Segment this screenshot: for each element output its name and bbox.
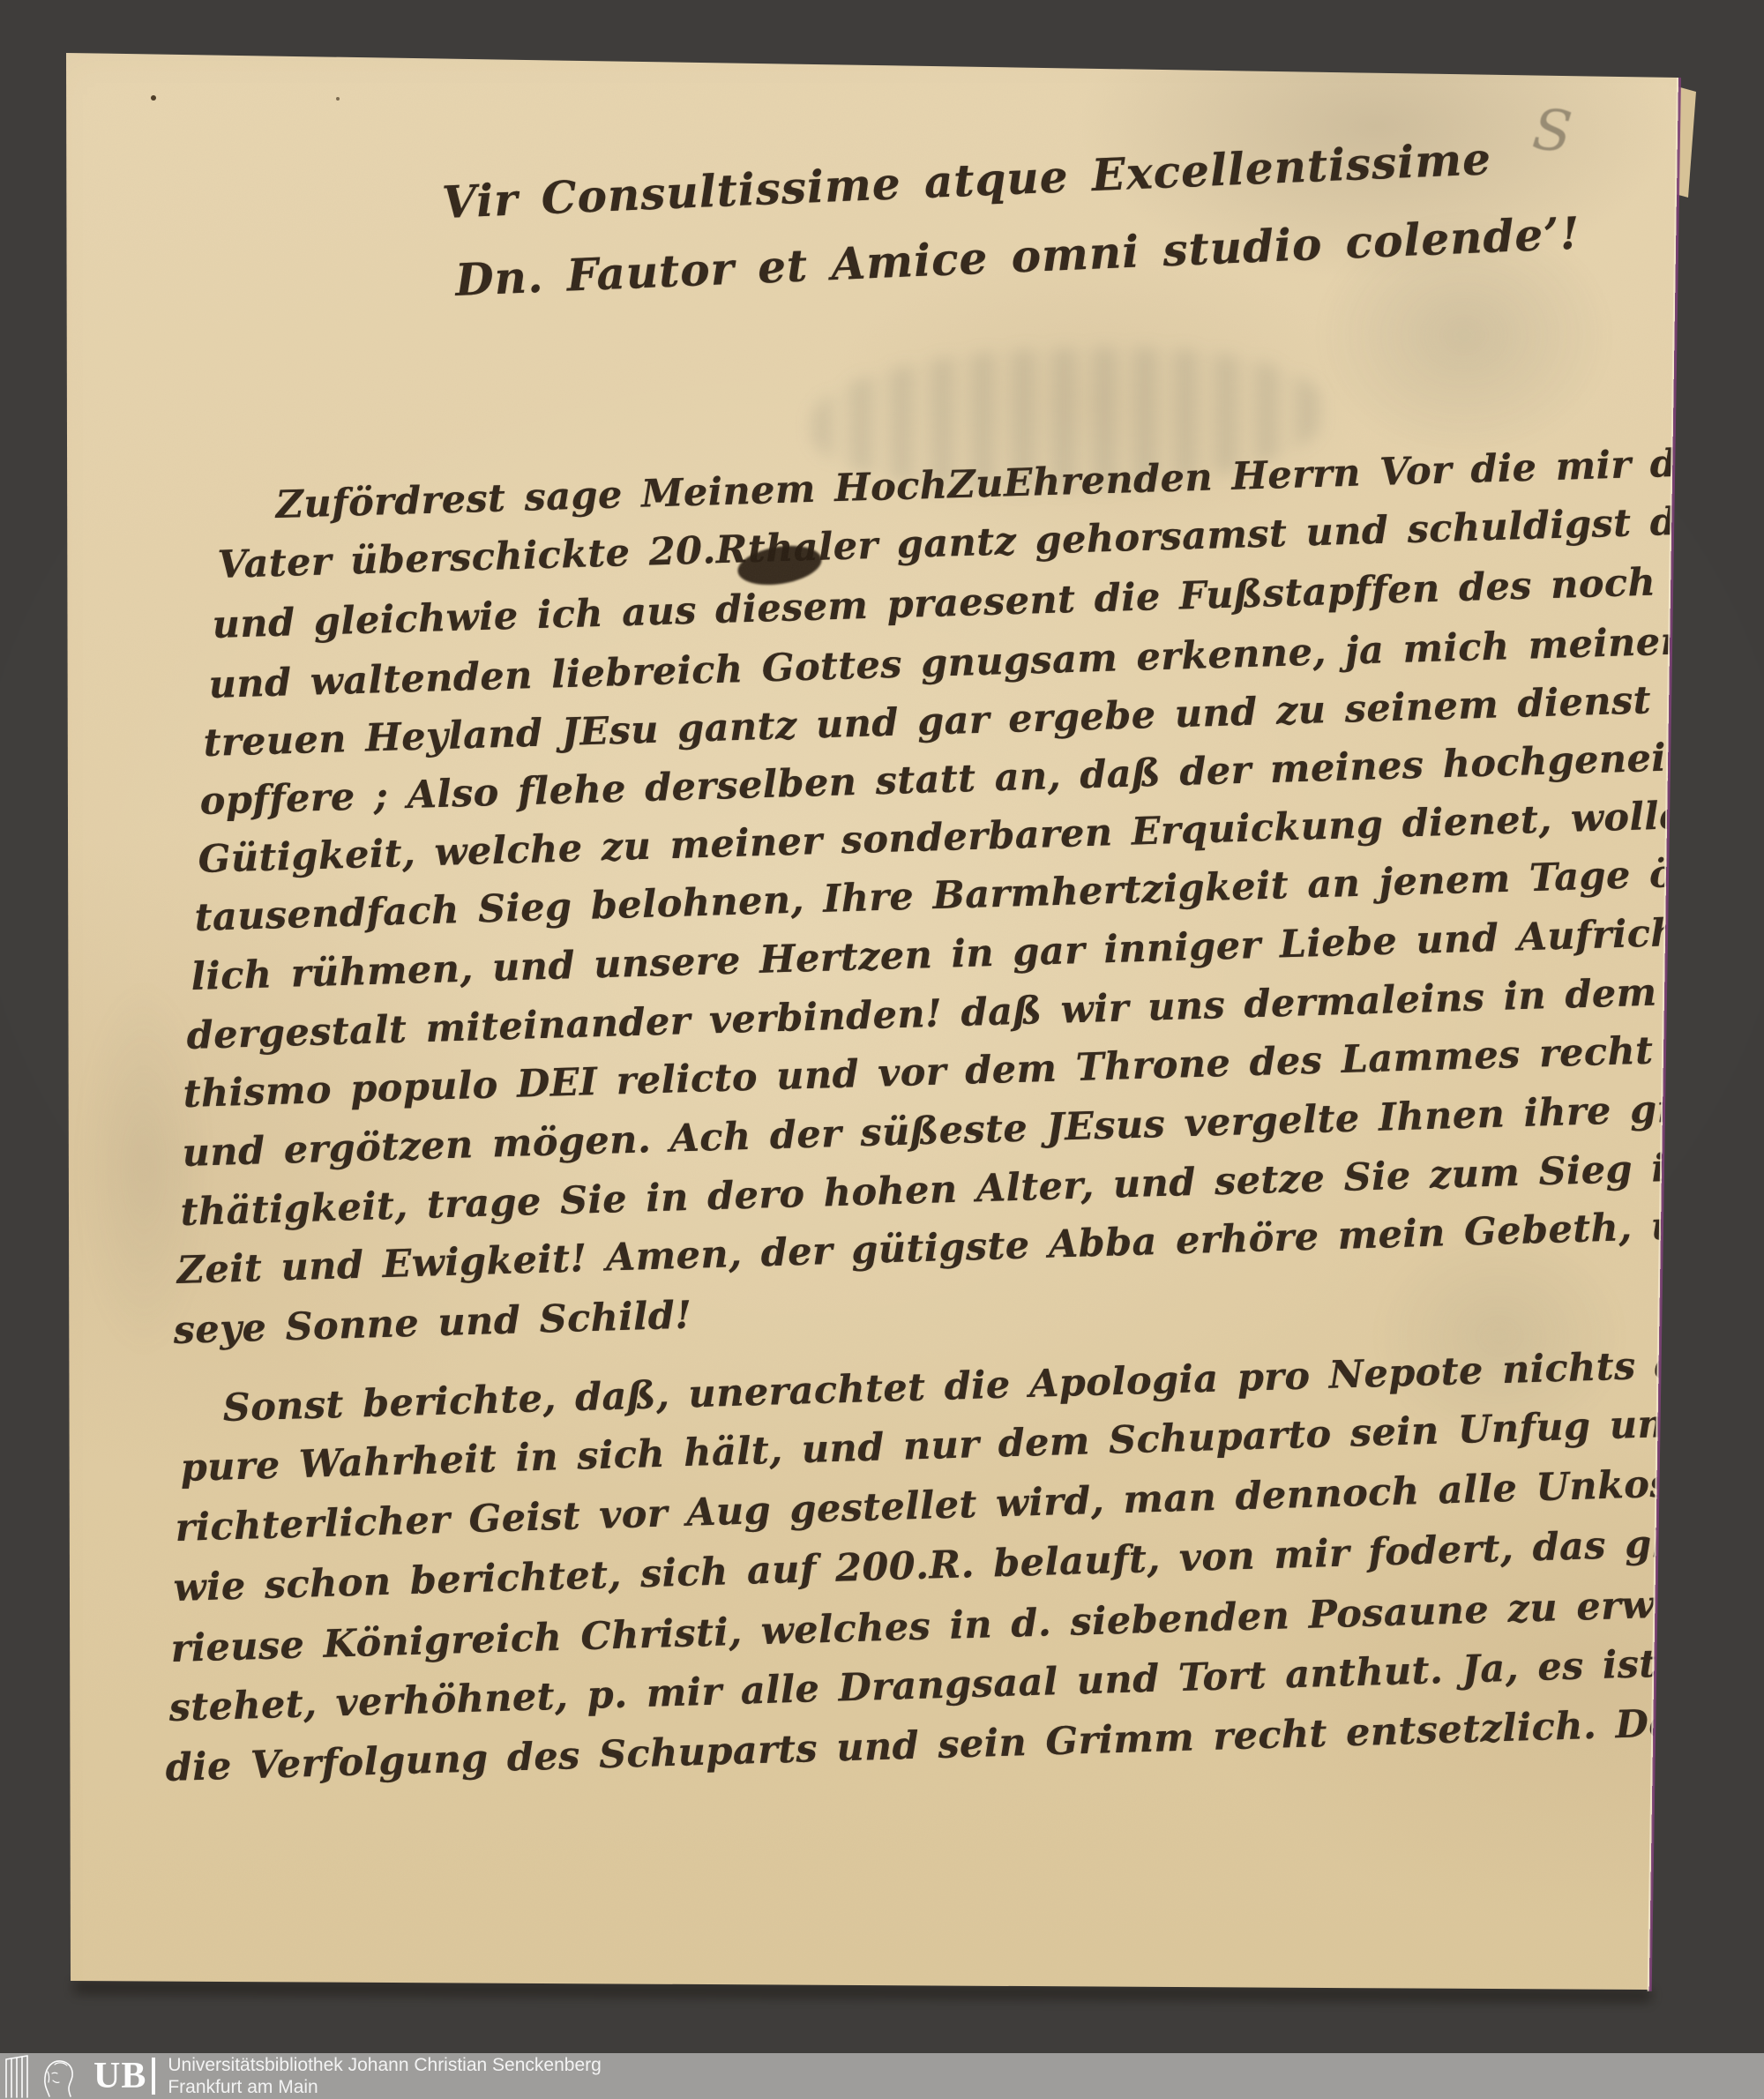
ub-logo-icon — [4, 2054, 88, 2098]
paper-speck — [336, 97, 340, 101]
library-attribution: Universitätsbibliothek Johann Christian … — [168, 2054, 601, 2098]
salutation-line: Dn. Fautor et Amice omni studio colende’… — [454, 207, 1581, 306]
library-name: Universitätsbibliothek Johann Christian … — [168, 2054, 601, 2076]
library-footer-bar: UB Universitätsbibliothek Johann Christi… — [0, 2053, 1764, 2099]
ub-logo-text: UB — [93, 2058, 146, 2095]
ub-library-logo: UB — [0, 2053, 155, 2099]
paper-speck — [151, 95, 156, 101]
pencil-page-marker: S — [1529, 97, 1574, 166]
library-city: Frankfurt am Main — [168, 2076, 601, 2098]
logo-divider — [152, 2058, 155, 2095]
manuscript-line: seye Sonne und Schild! — [173, 1294, 692, 1353]
manuscript-scan-page: S Vir Consultissime atque Excellentissim… — [0, 0, 1764, 2099]
letter-page: S Vir Consultissime atque Excellentissim… — [0, 0, 1764, 2099]
salutation-line: Vir Consultissime atque Excellentissime — [441, 132, 1492, 228]
